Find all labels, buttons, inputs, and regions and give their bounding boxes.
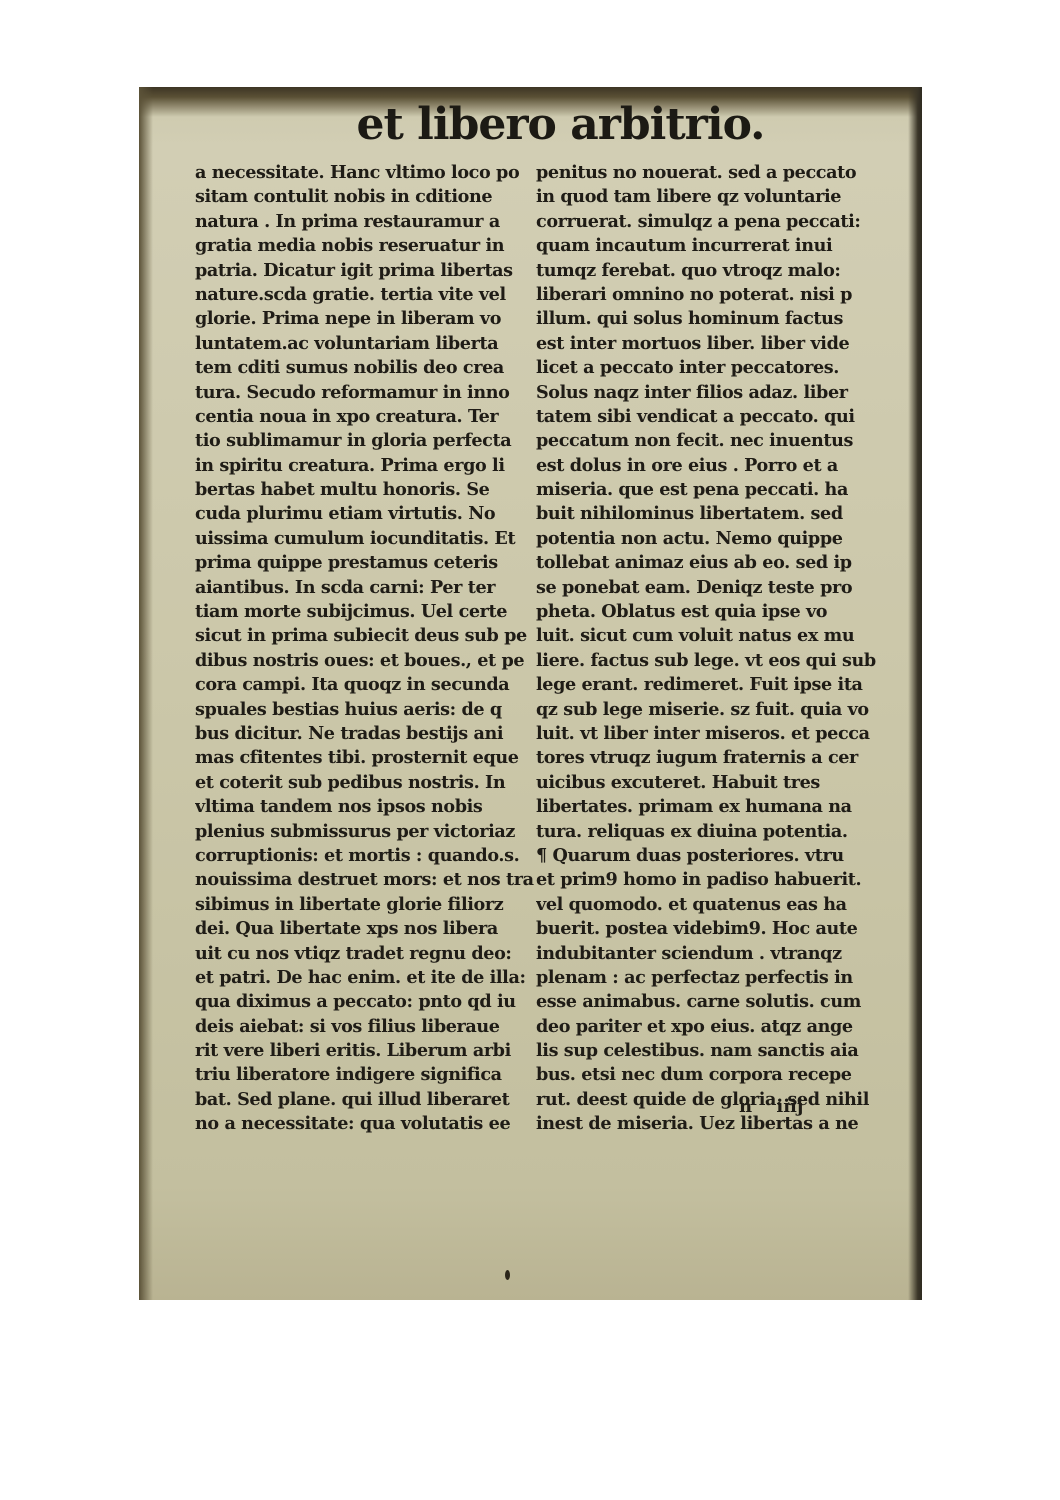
text-line: nature.scda gratie. tertia vite vel: [195, 283, 535, 307]
text-line: deis aiebat: si vos filius liberaue: [195, 1015, 535, 1039]
text-line: nouissima destruet mors: et nos tra: [195, 868, 535, 892]
text-line: uicibus excuteret. Habuit tres: [536, 771, 898, 795]
text-line: cora campi. Ita quoqz in secunda: [195, 673, 535, 697]
text-line: bertas habet multu honoris. Se: [195, 478, 535, 502]
text-line: gratia media nobis reseruatur in: [195, 234, 535, 258]
left-text-column: a necessitate. Hanc vltimo loco positam …: [195, 161, 535, 1137]
text-line: luit. vt liber inter miseros. et pecca: [536, 722, 898, 746]
scanned-page: et libero arbitrio. a necessitate. Hanc …: [139, 87, 922, 1300]
text-line: sibimus in libertate glorie filiorz: [195, 893, 535, 917]
text-line: tura. reliquas ex diuina potentia.: [536, 820, 898, 844]
text-line: penitus no nouerat. sed a peccato: [536, 161, 898, 185]
text-line: uit cu nos vtiqz tradet regnu deo:: [195, 942, 535, 966]
text-line: bat. Sed plane. qui illud liberaret: [195, 1088, 535, 1112]
text-line: tiam morte subijcimus. Uel certe: [195, 600, 535, 624]
text-line: no a necessitate: qua volutatis ee: [195, 1112, 535, 1136]
text-line: libertates. primam ex humana na: [536, 795, 898, 819]
text-line: centia noua in xpo creatura. Ter: [195, 405, 535, 429]
text-line: quam incautum incurrerat inui: [536, 234, 898, 258]
text-line: esse animabus. carne solutis. cum: [536, 990, 898, 1014]
text-line: tores vtruqz iugum fraternis a cer: [536, 746, 898, 770]
text-line: miseria. que est pena peccati. ha: [536, 478, 898, 502]
text-line: pheta. Oblatus est quia ipse vo: [536, 600, 898, 624]
text-line: et coterit sub pedibus nostris. In: [195, 771, 535, 795]
text-line: vltima tandem nos ipsos nobis: [195, 795, 535, 819]
text-line: ¶ Quarum duas posteriores. vtru: [536, 844, 898, 868]
text-line: in quod tam libere qz voluntarie: [536, 185, 898, 209]
text-line: est dolus in ore eius . Porro et a: [536, 454, 898, 478]
text-line: corruerat. simulqz a pena peccati:: [536, 210, 898, 234]
text-line: qua diximus a peccato: pnto qd iu: [195, 990, 535, 1014]
text-line: est inter mortuos liber. liber vide: [536, 332, 898, 356]
text-line: glorie. Prima nepe in liberam vo: [195, 307, 535, 331]
text-line: et patri. De hac enim. et ite de illa:: [195, 966, 535, 990]
text-line: patria. Dicatur igit prima libertas: [195, 259, 535, 283]
text-line: deo pariter et xpo eius. atqz ange: [536, 1015, 898, 1039]
text-line: lege erant. redimeret. Fuit ipse ita: [536, 673, 898, 697]
text-line: rut. deest quide de gloria. sed nihil: [536, 1088, 898, 1112]
text-line: mas cfitentes tibi. prosternit eque: [195, 746, 535, 770]
text-line: prima quippe prestamus ceteris: [195, 551, 535, 575]
text-line: illum. qui solus hominum factus: [536, 307, 898, 331]
text-line: corruptionis: et mortis : quando.s.: [195, 844, 535, 868]
text-line: luntatem.ac voluntariam liberta: [195, 332, 535, 356]
text-line: rit vere liberi eritis. Liberum arbi: [195, 1039, 535, 1063]
text-line: tem cditi sumus nobilis deo crea: [195, 356, 535, 380]
text-line: lis sup celestibus. nam sanctis aia: [536, 1039, 898, 1063]
text-line: aiantibus. In scda carni: Per ter: [195, 576, 535, 600]
text-line: tio sublimamur in gloria perfecta: [195, 429, 535, 453]
running-header: et libero arbitrio.: [139, 99, 922, 150]
text-line: sitam contulit nobis in cditione: [195, 185, 535, 209]
text-line: licet a peccato inter peccatores.: [536, 356, 898, 380]
text-line: sicut in prima subiecit deus sub pe: [195, 624, 535, 648]
text-line: tumqz ferebat. quo vtroqz malo:: [536, 259, 898, 283]
text-line: in spiritu creatura. Prima ergo li: [195, 454, 535, 478]
text-line: se ponebat eam. Deniqz teste pro: [536, 576, 898, 600]
text-line: plenius submissurus per victoriaz: [195, 820, 535, 844]
text-line: bus dicitur. Ne tradas bestijs ani: [195, 722, 535, 746]
text-line: dei. Qua libertate xps nos libera: [195, 917, 535, 941]
right-text-column: penitus no nouerat. sed a peccatoin quod…: [536, 161, 898, 1137]
text-line: cuda plurimu etiam virtutis. No: [195, 502, 535, 526]
text-line: uissima cumulum iocunditatis. Et: [195, 527, 535, 551]
signature-mark: n iiij: [739, 1096, 803, 1117]
text-line: tura. Secudo reformamur in inno: [195, 381, 535, 405]
text-line: natura . In prima restauramur a: [195, 210, 535, 234]
text-line: bus. etsi nec dum corpora recepe: [536, 1063, 898, 1087]
text-line: a necessitate. Hanc vltimo loco po: [195, 161, 535, 185]
text-line: triu liberatore indigere significa: [195, 1063, 535, 1087]
text-line: peccatum non fecit. nec inuentus: [536, 429, 898, 453]
text-line: plenam : ac perfectaz perfectis in: [536, 966, 898, 990]
text-line: buit nihilominus libertatem. sed: [536, 502, 898, 526]
text-line: potentia non actu. Nemo quippe: [536, 527, 898, 551]
text-line: et prim9 homo in padiso habuerit.: [536, 868, 898, 892]
text-line: dibus nostris oues: et boues., et pe: [195, 649, 535, 673]
text-line: qz sub lege miserie. sz fuit. quia vo: [536, 698, 898, 722]
text-line: buerit. postea videbim9. Hoc aute: [536, 917, 898, 941]
text-line: liere. factus sub lege. vt eos qui sub: [536, 649, 898, 673]
text-line: liberari omnino no poterat. nisi p: [536, 283, 898, 307]
text-line: tollebat animaz eius ab eo. sed ip: [536, 551, 898, 575]
text-line: indubitanter sciendum . vtranqz: [536, 942, 898, 966]
text-line: spuales bestias huius aeris: de q: [195, 698, 535, 722]
text-line: luit. sicut cum voluit natus ex mu: [536, 624, 898, 648]
text-line: Solus naqz inter filios adaz. liber: [536, 381, 898, 405]
text-line: vel quomodo. et quatenus eas ha: [536, 893, 898, 917]
text-line: inest de miseria. Uez libertas a ne: [536, 1112, 898, 1136]
text-line: tatem sibi vendicat a peccato. qui: [536, 405, 898, 429]
wormhole-mark: [505, 1270, 510, 1280]
